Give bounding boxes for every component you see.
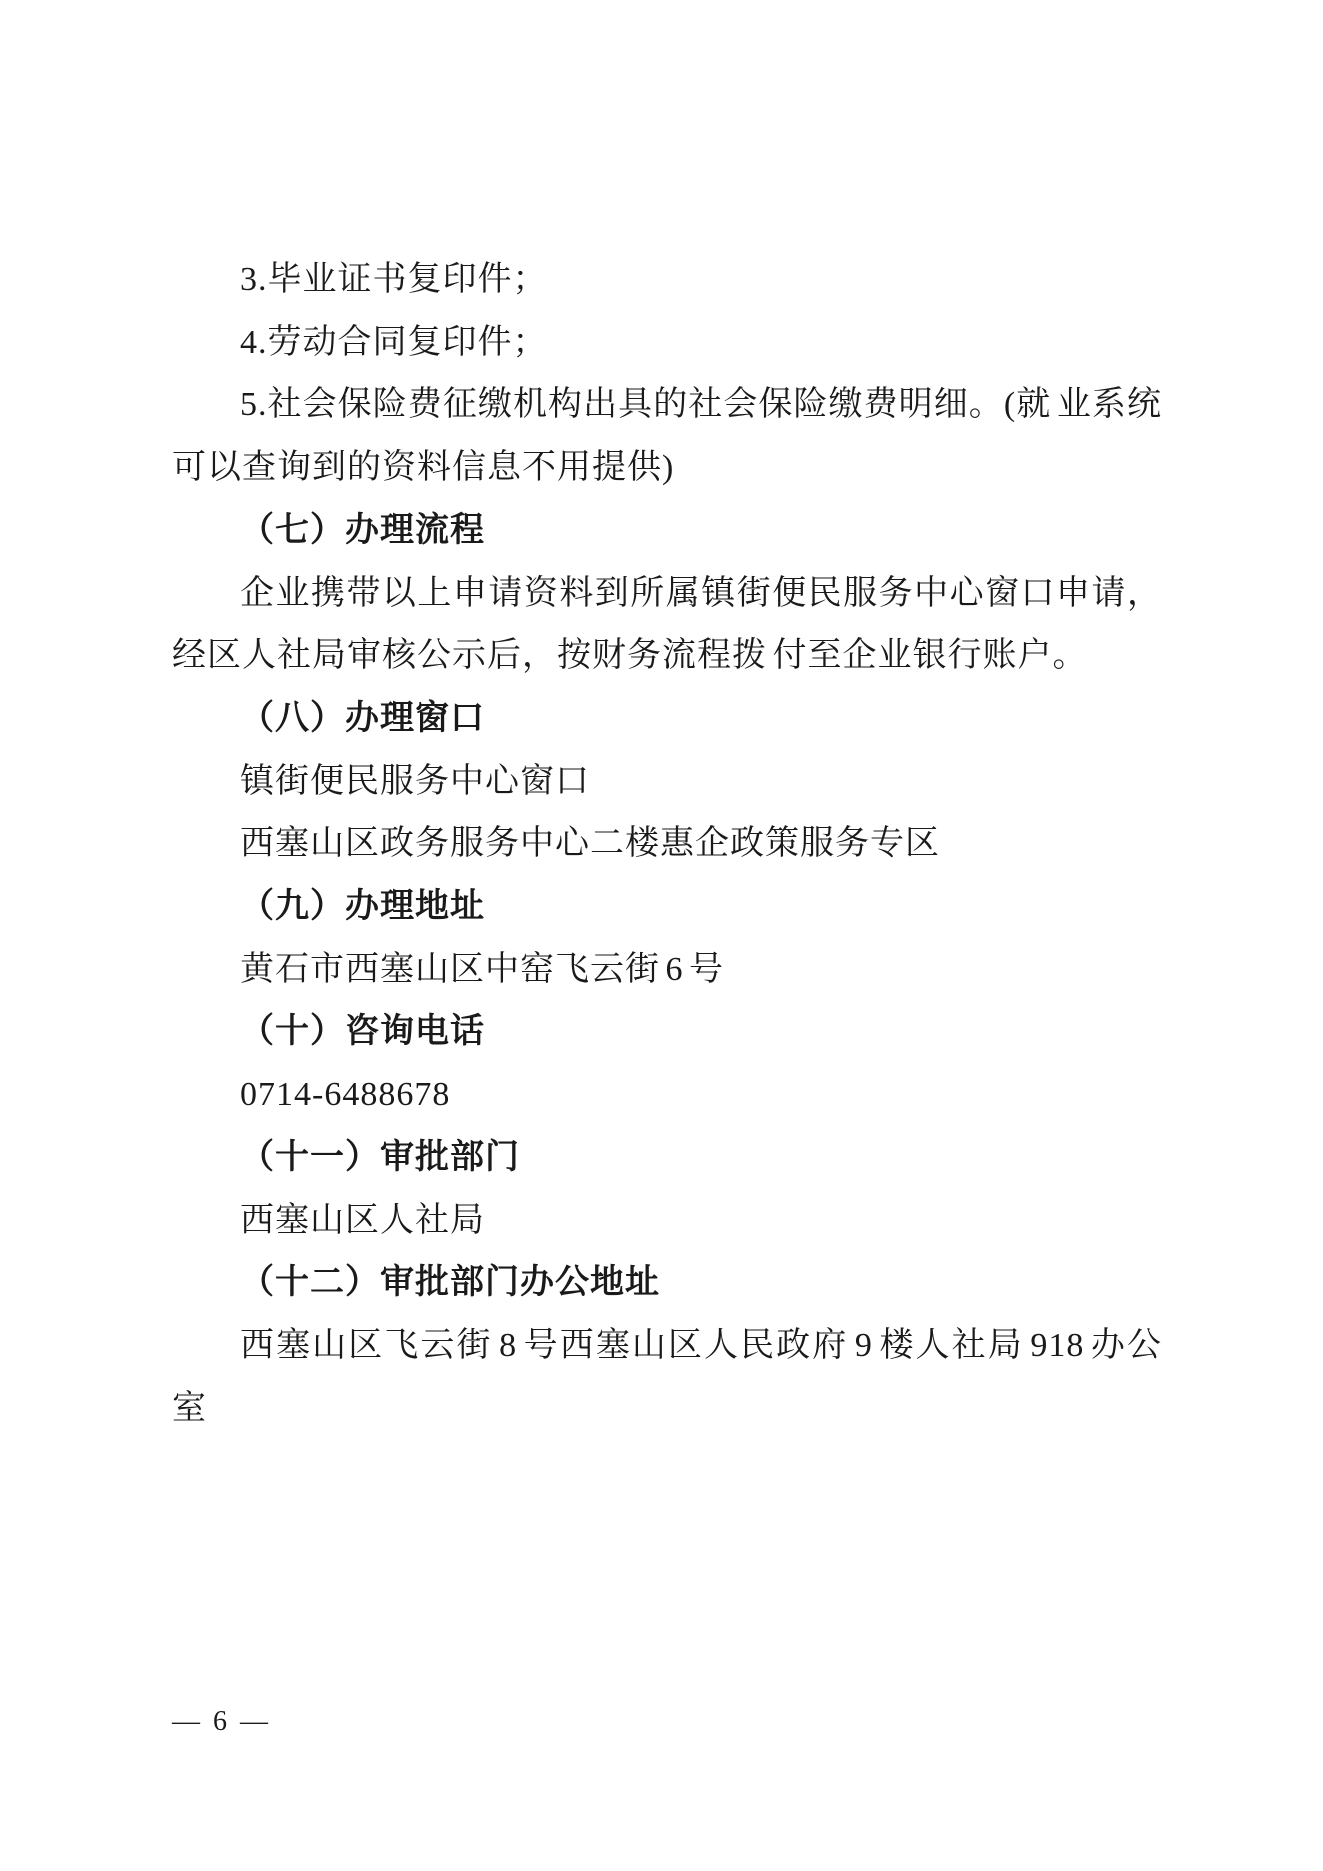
section-heading: （十二）审批部门办公地址 — [172, 1252, 1162, 1315]
body-paragraph: 黄石市西塞山区中窑飞云街 6 号 — [172, 939, 1162, 1002]
body-paragraph: 企业携带以上申请资料到所属镇街便民服务中心窗口申请，经区人社局审核公示后，按财务… — [172, 563, 1162, 688]
body-paragraph: 0714-6488678 — [172, 1064, 1162, 1127]
body-paragraph: 5.社会保险费征缴机构出具的社会保险缴费明细。(就 业系统可以查询到的资料信息不… — [172, 374, 1162, 499]
document-page: 3.毕业证书复印件；4.劳动合同复印件；5.社会保险费征缴机构出具的社会保险缴费… — [0, 0, 1323, 1871]
body-paragraph: 4.劳动合同复印件； — [172, 312, 1162, 375]
document-body: 3.毕业证书复印件；4.劳动合同复印件；5.社会保险费征缴机构出具的社会保险缴费… — [172, 249, 1162, 1440]
body-paragraph: 3.毕业证书复印件； — [172, 249, 1162, 312]
page-number: — 6 — — [172, 1706, 271, 1737]
section-heading: （十）咨询电话 — [172, 1001, 1162, 1064]
page-footer: — 6 — — [172, 1706, 271, 1738]
section-heading: （十一）审批部门 — [172, 1127, 1162, 1190]
section-heading: （九）办理地址 — [172, 876, 1162, 939]
body-paragraph: 西塞山区政务服务中心二楼惠企政策服务专区 — [172, 813, 1162, 876]
body-paragraph: 西塞山区飞云街 8 号西塞山区人民政府 9 楼人社局 918 办公室 — [172, 1315, 1162, 1440]
body-paragraph: 镇街便民服务中心窗口 — [172, 751, 1162, 814]
section-heading: （八）办理窗口 — [172, 688, 1162, 751]
section-heading: （七）办理流程 — [172, 500, 1162, 563]
body-paragraph: 西塞山区人社局 — [172, 1190, 1162, 1253]
